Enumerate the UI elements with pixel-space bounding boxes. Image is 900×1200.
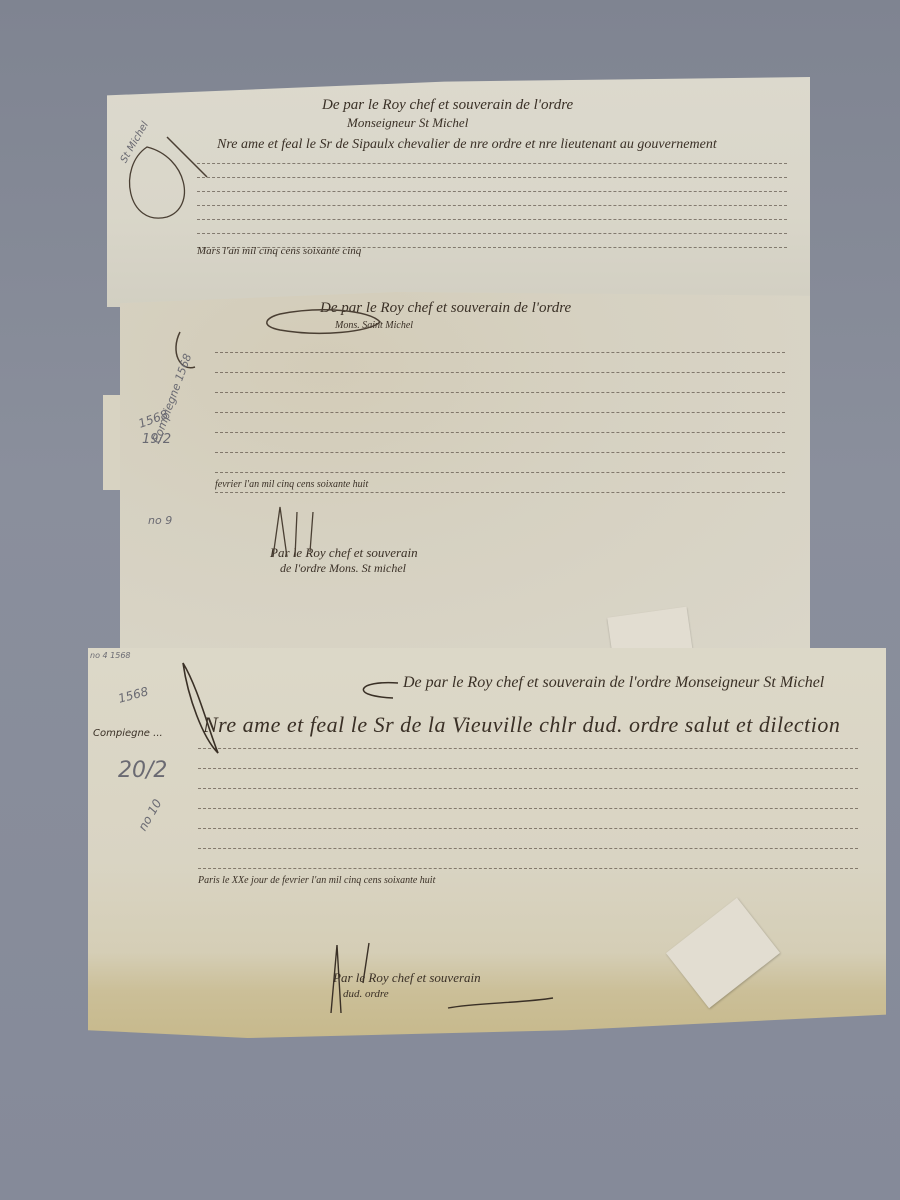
text-line [198,788,858,789]
text-line [197,205,787,206]
margin-note: 20/2 [118,758,167,783]
text-line [197,233,787,234]
text-line [215,352,785,353]
text-line [215,392,785,393]
text-line [215,492,785,493]
text-line [198,868,858,869]
folded-corner [666,898,780,1009]
text-line [215,452,785,453]
margin-note: 1568 [117,684,150,705]
text-line [215,432,785,433]
text-line [198,808,858,809]
text-line [215,372,785,373]
signature-flourish-icon [323,923,583,1023]
text-line [197,191,787,192]
letter-3-salutation: Nre ame et feal le Sr de la Vieuville ch… [203,712,840,738]
text-line [198,768,858,769]
corner-note: no 4 1568 [90,651,131,660]
letter-3-closing: Paris le XXe jour de fevrier l'an mil ci… [198,875,435,886]
margin-note: no 10 [135,797,164,833]
parchment-letter-2: De par le Roy chef et souverain de l'ord… [120,292,810,664]
letter-2-signature-line2: de l'ordre Mons. St michel [280,561,406,576]
margin-note: no 9 [148,514,172,527]
initial-flourish-icon [170,292,410,372]
letter-2-closing: fevrier l'an mil cinq cens soixante huit [215,479,368,490]
text-line [197,163,787,164]
text-line [198,828,858,829]
text-line [198,748,858,749]
parchment-letter-1: De par le Roy chef et souverain de l'ord… [107,77,810,307]
text-line [198,848,858,849]
text-line [197,219,787,220]
letter-1-heading: De par le Roy chef et souverain de l'ord… [322,97,573,114]
signature-flourish-icon [265,497,325,562]
initial-flourish-icon [107,77,227,277]
text-line [215,412,785,413]
letter-3-heading: De par le Roy chef et souverain de l'ord… [403,674,824,692]
margin-note: 19/2 [142,432,171,447]
text-line [197,177,787,178]
parchment-letter-3: no 4 1568 De par le Roy chef et souverai… [88,648,886,1038]
letter-1-salutation: Nre ame et feal le Sr de Sipaulx chevali… [217,137,717,153]
letter-1-heading-line2: Monseigneur St Michel [347,115,468,131]
margin-note: Compiegne ... [93,728,163,739]
text-line [215,472,785,473]
